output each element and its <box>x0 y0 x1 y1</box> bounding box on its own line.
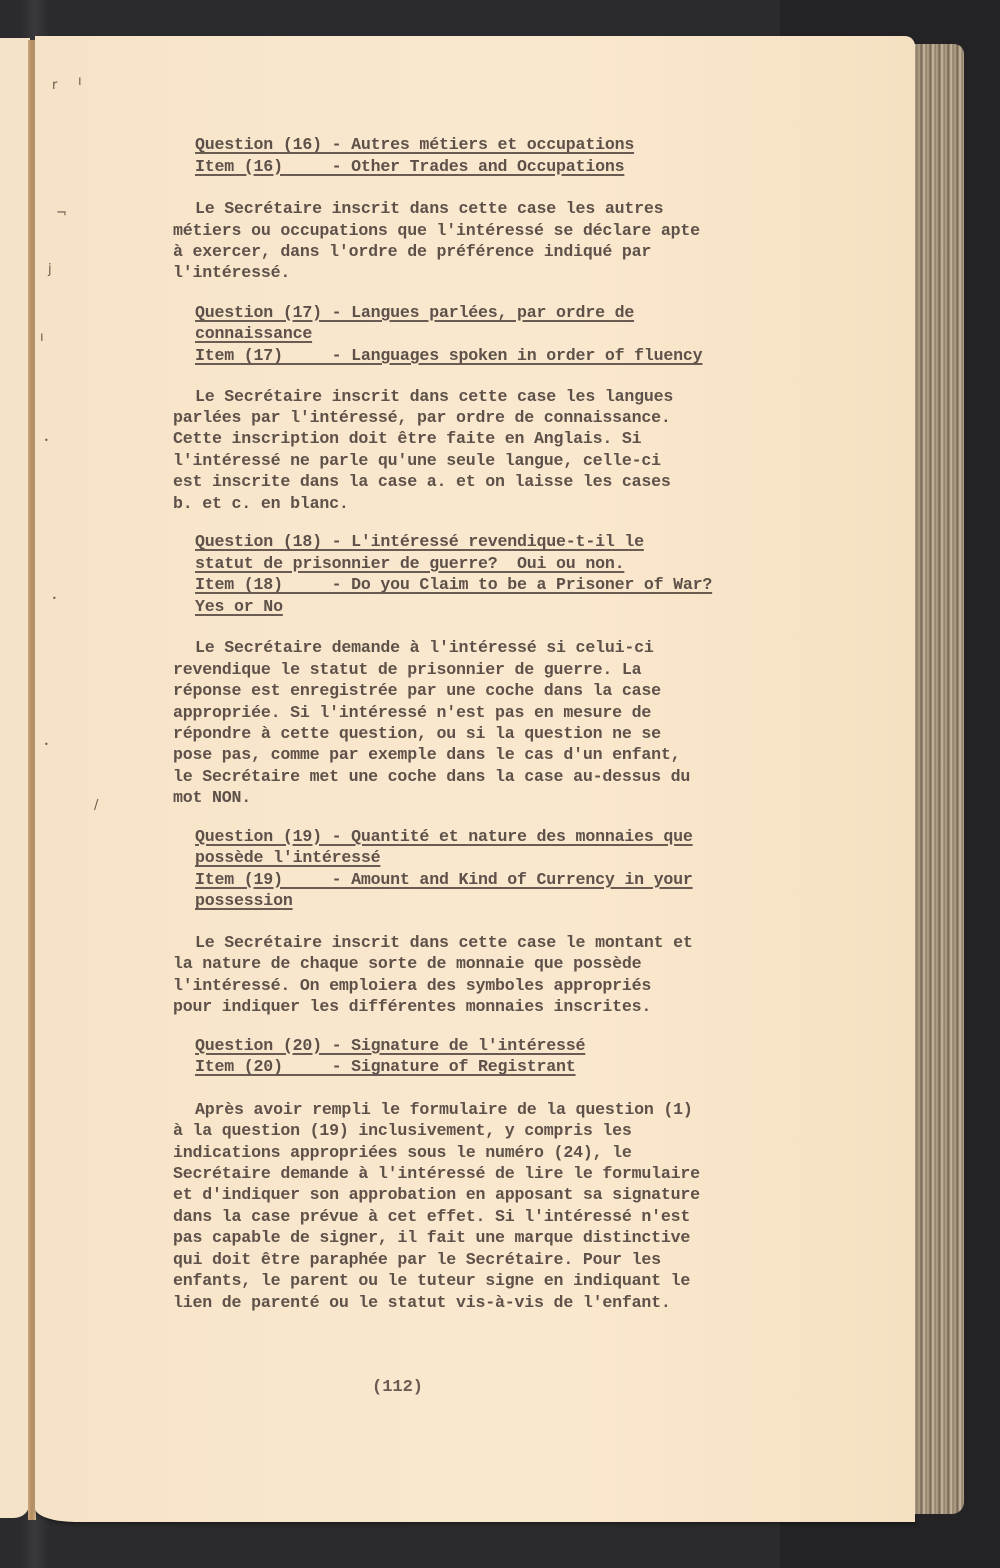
heading-line: Question (16) - Autres métiers et occupa… <box>195 135 634 154</box>
heading-line: connaissance <box>195 324 312 343</box>
section-body: Après avoir rempli le formulaire de la q… <box>173 1099 773 1313</box>
margin-mark: / <box>94 798 98 813</box>
heading-line: Yes or No <box>195 597 283 616</box>
section-heading: Question (19) - Quantité et nature des m… <box>173 826 773 912</box>
margin-mark: ı <box>40 330 44 345</box>
heading-line: Question (18) - L'intéressé revendique-t… <box>195 532 644 551</box>
heading-line: Question (17) - Langues parlées, par ord… <box>195 303 634 322</box>
section-body: Le Secrétaire inscrit dans cette case le… <box>173 386 773 514</box>
margin-mark: ¬ <box>56 206 67 221</box>
margin-mark: ı <box>78 74 82 89</box>
facing-page-edge <box>0 38 30 1518</box>
section-heading: Question (20) - Signature de l'intéressé… <box>173 1035 773 1078</box>
margin-mark: r <box>52 78 57 93</box>
section-body: Le Secrétaire inscrit dans cette case le… <box>173 198 773 284</box>
margin-mark: j <box>48 262 52 277</box>
margin-mark: • <box>44 740 49 749</box>
margin-mark: • <box>52 594 57 603</box>
page-stack-edges <box>912 44 964 1514</box>
section-question-16: Question (16) - Autres métiers et occupa… <box>173 134 773 284</box>
section-heading: Question (17) - Langues parlées, par ord… <box>173 302 773 367</box>
page-number: (112) <box>372 1378 423 1397</box>
section-question-17: Question (17) - Langues parlées, par ord… <box>173 302 773 514</box>
heading-line: statut de prisonnier de guerre? Oui ou n… <box>195 554 624 573</box>
section-heading: Question (16) - Autres métiers et occupa… <box>173 134 773 177</box>
heading-line: Item (16) - Other Trades and Occupations <box>195 157 624 176</box>
heading-line: Question (19) - Quantité et nature des m… <box>195 827 693 846</box>
section-question-20: Question (20) - Signature de l'intéressé… <box>173 1035 773 1313</box>
heading-line: Question (20) - Signature de l'intéressé <box>195 1036 585 1055</box>
heading-line: Item (20) - Signature of Registrant <box>195 1057 576 1076</box>
section-heading: Question (18) - L'intéressé revendique-t… <box>173 531 773 617</box>
section-question-19: Question (19) - Quantité et nature des m… <box>173 826 773 1018</box>
section-question-18: Question (18) - L'intéressé revendique-t… <box>173 531 773 809</box>
page-content: Question (16) - Autres métiers et occupa… <box>173 134 773 1330</box>
section-body: Le Secrétaire inscrit dans cette case le… <box>173 932 773 1018</box>
heading-line: Item (19) - Amount and Kind of Currency … <box>195 870 693 889</box>
heading-line: Item (17) - Languages spoken in order of… <box>195 346 702 365</box>
section-body: Le Secrétaire demande à l'intéressé si c… <box>173 637 773 808</box>
heading-line: possède l'intéressé <box>195 848 380 867</box>
heading-line: possession <box>195 891 293 910</box>
heading-line: Item (18) - Do you Claim to be a Prisone… <box>195 575 712 594</box>
margin-mark: • <box>44 436 49 445</box>
